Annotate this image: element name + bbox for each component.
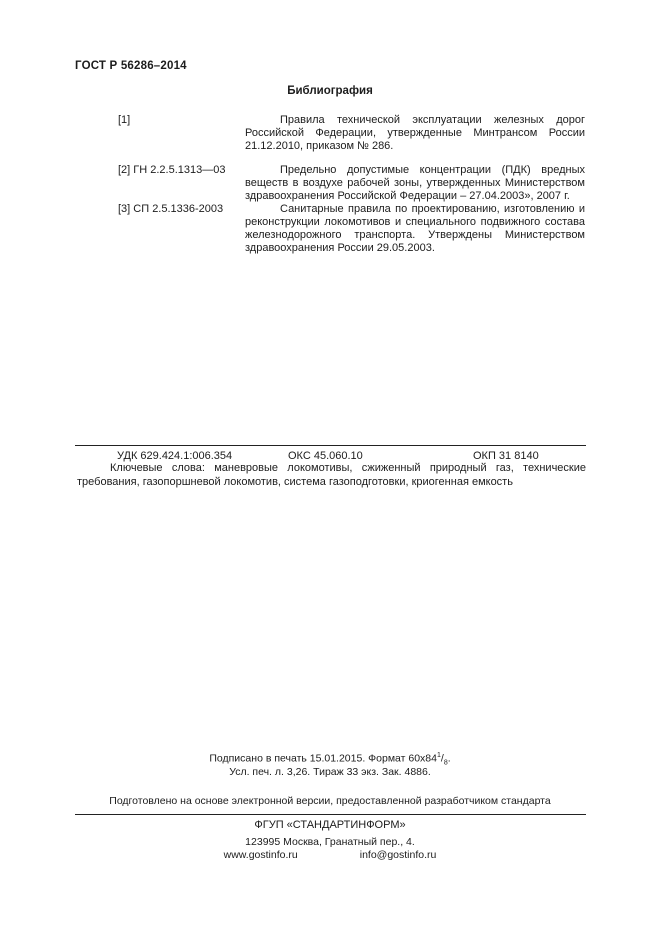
publisher-name: ФГУП «СТАНДАРТИНФОРМ»	[75, 819, 585, 831]
bibliography-entry-text: Санитарные правила по проектированию, из…	[245, 203, 585, 255]
standard-number: ГОСТ Р 56286–2014	[75, 60, 187, 72]
bibliography-list: [1] Правила технической эксплуатации жел…	[118, 114, 585, 255]
keywords-paragraph: Ключевые слова: маневровые локомотивы, с…	[77, 462, 586, 489]
publisher-website: www.gostinfo.ru	[224, 849, 298, 861]
bibliography-entry-label: [3] СП 2.5.1336-2003	[118, 203, 245, 216]
bibliography-entry-text: Правила технической эксплуатации железны…	[245, 114, 585, 153]
imprint-print-prefix: Подписано в печать 15.01.2015. Формат 60…	[209, 753, 437, 765]
bibliography-entry-label: [1]	[118, 114, 245, 127]
imprint-format-period: .	[448, 753, 451, 765]
horizontal-rule-footer	[75, 814, 586, 815]
bibliography-entry-label: [2] ГН 2.2.5.1313—03	[118, 164, 245, 177]
okp-code: ОКП 31 8140	[473, 450, 539, 462]
document-page: ГОСТ Р 56286–2014 Библиография [1] Прави…	[0, 0, 661, 936]
publisher-contacts: www.gostinfo.ru info@gostinfo.ru	[75, 849, 585, 861]
bibliography-entry: [3] СП 2.5.1336-2003 Санитарные правила …	[118, 203, 585, 255]
bibliography-entry: [2] ГН 2.2.5.1313—03 Предельно допустимы…	[118, 164, 585, 203]
publisher-email: info@gostinfo.ru	[360, 849, 437, 861]
udk-code: УДК 629.424.1:006.354	[117, 450, 232, 462]
oks-code: ОКС 45.060.10	[288, 450, 363, 462]
prepared-note: Подготовлено на основе электронной верси…	[75, 795, 585, 807]
bibliography-entry-text: Предельно допустимые концентрации (ПДК) …	[245, 164, 585, 203]
publisher-address: 123995 Москва, Гранатный пер., 4.	[75, 836, 585, 848]
horizontal-rule-classification	[75, 445, 586, 446]
imprint-print-line: Подписано в печать 15.01.2015. Формат 60…	[75, 752, 585, 767]
bibliography-entry: [1] Правила технической эксплуатации жел…	[118, 114, 585, 153]
imprint-edition-line: Усл. печ. л. 3,26. Тираж 33 экз. Зак. 48…	[75, 766, 585, 778]
section-title: Библиография	[75, 85, 585, 97]
